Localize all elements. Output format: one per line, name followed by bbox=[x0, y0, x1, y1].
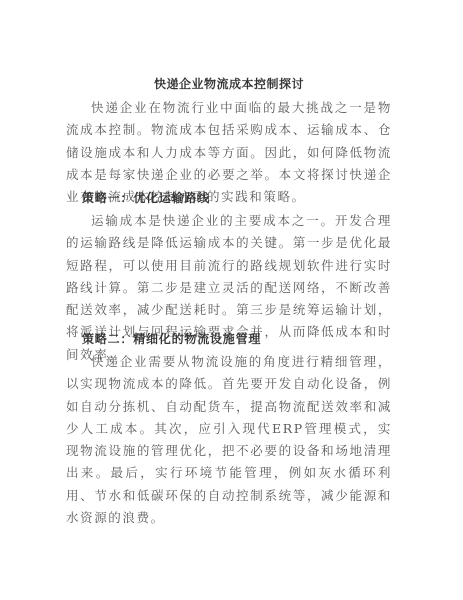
document-title: 快递企业物流成本控制探讨 bbox=[66, 76, 392, 92]
strategy-one-heading: 策略一：优化运输路线 bbox=[82, 190, 210, 206]
strategy-two-paragraph: 快递企业需要从物流设施的角度进行精细管理，以实现物流成本的降低。首先要开发自动化… bbox=[66, 351, 392, 529]
strategy-two-heading: 策略二：精细化的物流设施管理 bbox=[82, 331, 261, 347]
